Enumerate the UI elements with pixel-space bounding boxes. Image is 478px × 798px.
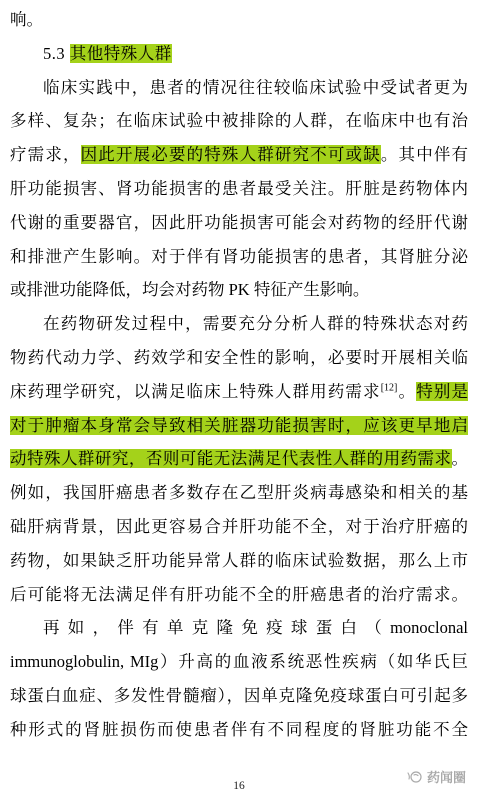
text-segment: 5.3 (43, 44, 70, 63)
text-line: 在药物研发过程中，需要充分分析人群的特殊状态对药 (10, 307, 468, 341)
text-segment: 球蛋白血症、多发性骨髓瘤），因单克隆免疫球蛋白可引起多 (10, 686, 468, 705)
text-line: 肝功能损害、肾功能损害的患者最受关注。肝脏是药物体内 (10, 172, 468, 206)
text-segment: 。其中伴有 (381, 145, 468, 164)
text-segment: 和排泄产生影响。对于伴有肾功能损害的患者，其肾脏分泌 (10, 247, 468, 266)
highlighted-text: 动特殊人群研究，否则可能无法满足代表性人群的用药需求 (10, 449, 452, 468)
highlighted-text: 对于肿瘤本身常会导致相关脏器功能损害时，应该更早地启 (10, 416, 468, 435)
section-heading: 5.3 其他特殊人群 (10, 37, 468, 71)
text-segment: 在药物研发过程中，需要充分分析人群的特殊状态对药 (43, 314, 468, 333)
text-segment: 。 (397, 382, 416, 401)
text-segment: 物药代动力学、药效学和安全性的影响，必要时开展相关临 (10, 348, 468, 367)
text-segment: 后可能将无法满足伴有肝功能不全的肝癌患者的治疗需求。 (10, 585, 468, 604)
text-segment: 再如，伴有单克隆免疫球蛋白（monoclonal (43, 618, 468, 637)
text-line: 动特殊人群研究，否则可能无法满足代表性人群的用药需求。 (10, 442, 468, 476)
text-segment: 种形式的肾脏损伤而使患者伴有不同程度的肾脏功能不全 (10, 720, 468, 739)
text-segment: 响。 (10, 10, 43, 29)
text-segment: 临床实践中，患者的情况往往较临床试验中受试者更为 (43, 78, 468, 97)
text-line: 球蛋白血症、多发性骨髓瘤），因单克隆免疫球蛋白可引起多 (10, 679, 468, 713)
text-line: 药物，如果缺乏肝功能异常人群的临床试验数据，那么上市 (10, 544, 468, 578)
text-segment: 础肝病背景，因此更容易合并肝功能不全，对于治疗肝癌的 (10, 517, 468, 536)
text-segment: 床药理学研究，以满足临床上特殊人群用药需求 (10, 382, 381, 401)
text-line: 后可能将无法满足伴有肝功能不全的肝癌患者的治疗需求。 (10, 578, 468, 612)
text-line: 或排泄功能降低，均会对药物 PK 特征产生影响。 (10, 273, 468, 307)
watermark-text: 药闻圈 (427, 767, 466, 786)
watermark: 药闻圈 (406, 767, 466, 786)
text-line: 和排泄产生影响。对于伴有肾功能损害的患者，其肾脏分泌 (10, 240, 468, 274)
text-segment: 。 (452, 449, 469, 468)
footnote-reference: [12] (381, 382, 398, 393)
text-segment: 肝功能损害、肾功能损害的患者最受关注。肝脏是药物体内 (10, 179, 468, 198)
text-segment: 多样、复杂；在临床试验中被排除的人群，在临床中也有治 (10, 111, 468, 130)
text-segment: 代谢的重要器官，因此肝功能损害可能会对药物的经肝代谢 (10, 213, 468, 232)
text-line: 临床实践中，患者的情况往往较临床试验中受试者更为 (10, 71, 468, 105)
text-line: 种形式的肾脏损伤而使患者伴有不同程度的肾脏功能不全 (10, 713, 468, 747)
text-segment: 药物，如果缺乏肝功能异常人群的临床试验数据，那么上市 (10, 551, 468, 570)
watermark-logo-icon (406, 768, 423, 785)
text-line: 对于肿瘤本身常会导致相关脏器功能损害时，应该更早地启 (10, 409, 468, 443)
text-line: 再如，伴有单克隆免疫球蛋白（monoclonal (10, 611, 468, 645)
text-line: 础肝病背景，因此更容易合并肝功能不全，对于治疗肝癌的 (10, 510, 468, 544)
text-segment: immunoglobulin, MIg）升高的血液系统恶性疾病（如华氏巨 (10, 652, 468, 671)
text-line: 响。 (10, 3, 468, 37)
text-line: 疗需求，因此开展必要的特殊人群研究不可或缺。其中伴有 (10, 138, 468, 172)
text-line: 代谢的重要器官，因此肝功能损害可能会对药物的经肝代谢 (10, 206, 468, 240)
highlighted-text: 特别是 (416, 382, 468, 401)
text-segment: 或排泄功能降低，均会对药物 PK 特征产生影响。 (10, 280, 369, 299)
text-line: immunoglobulin, MIg）升高的血液系统恶性疾病（如华氏巨 (10, 645, 468, 679)
highlighted-text: 其他特殊人群 (70, 44, 172, 63)
text-line: 床药理学研究，以满足临床上特殊人群用药需求[12]。特别是 (10, 375, 468, 409)
text-segment: 例如，我国肝癌患者多数存在乙型肝炎病毒感染和相关的基 (10, 483, 468, 502)
text-line: 物药代动力学、药效学和安全性的影响，必要时开展相关临 (10, 341, 468, 375)
text-line: 例如，我国肝癌患者多数存在乙型肝炎病毒感染和相关的基 (10, 476, 468, 510)
text-segment: 疗需求， (10, 145, 81, 164)
document-content: 响。5.3 其他特殊人群临床实践中，患者的情况往往较临床试验中受试者更为多样、复… (0, 0, 478, 747)
highlighted-text: 因此开展必要的特殊人群研究不可或缺 (81, 145, 381, 164)
text-line: 多样、复杂；在临床试验中被排除的人群，在临床中也有治 (10, 104, 468, 138)
